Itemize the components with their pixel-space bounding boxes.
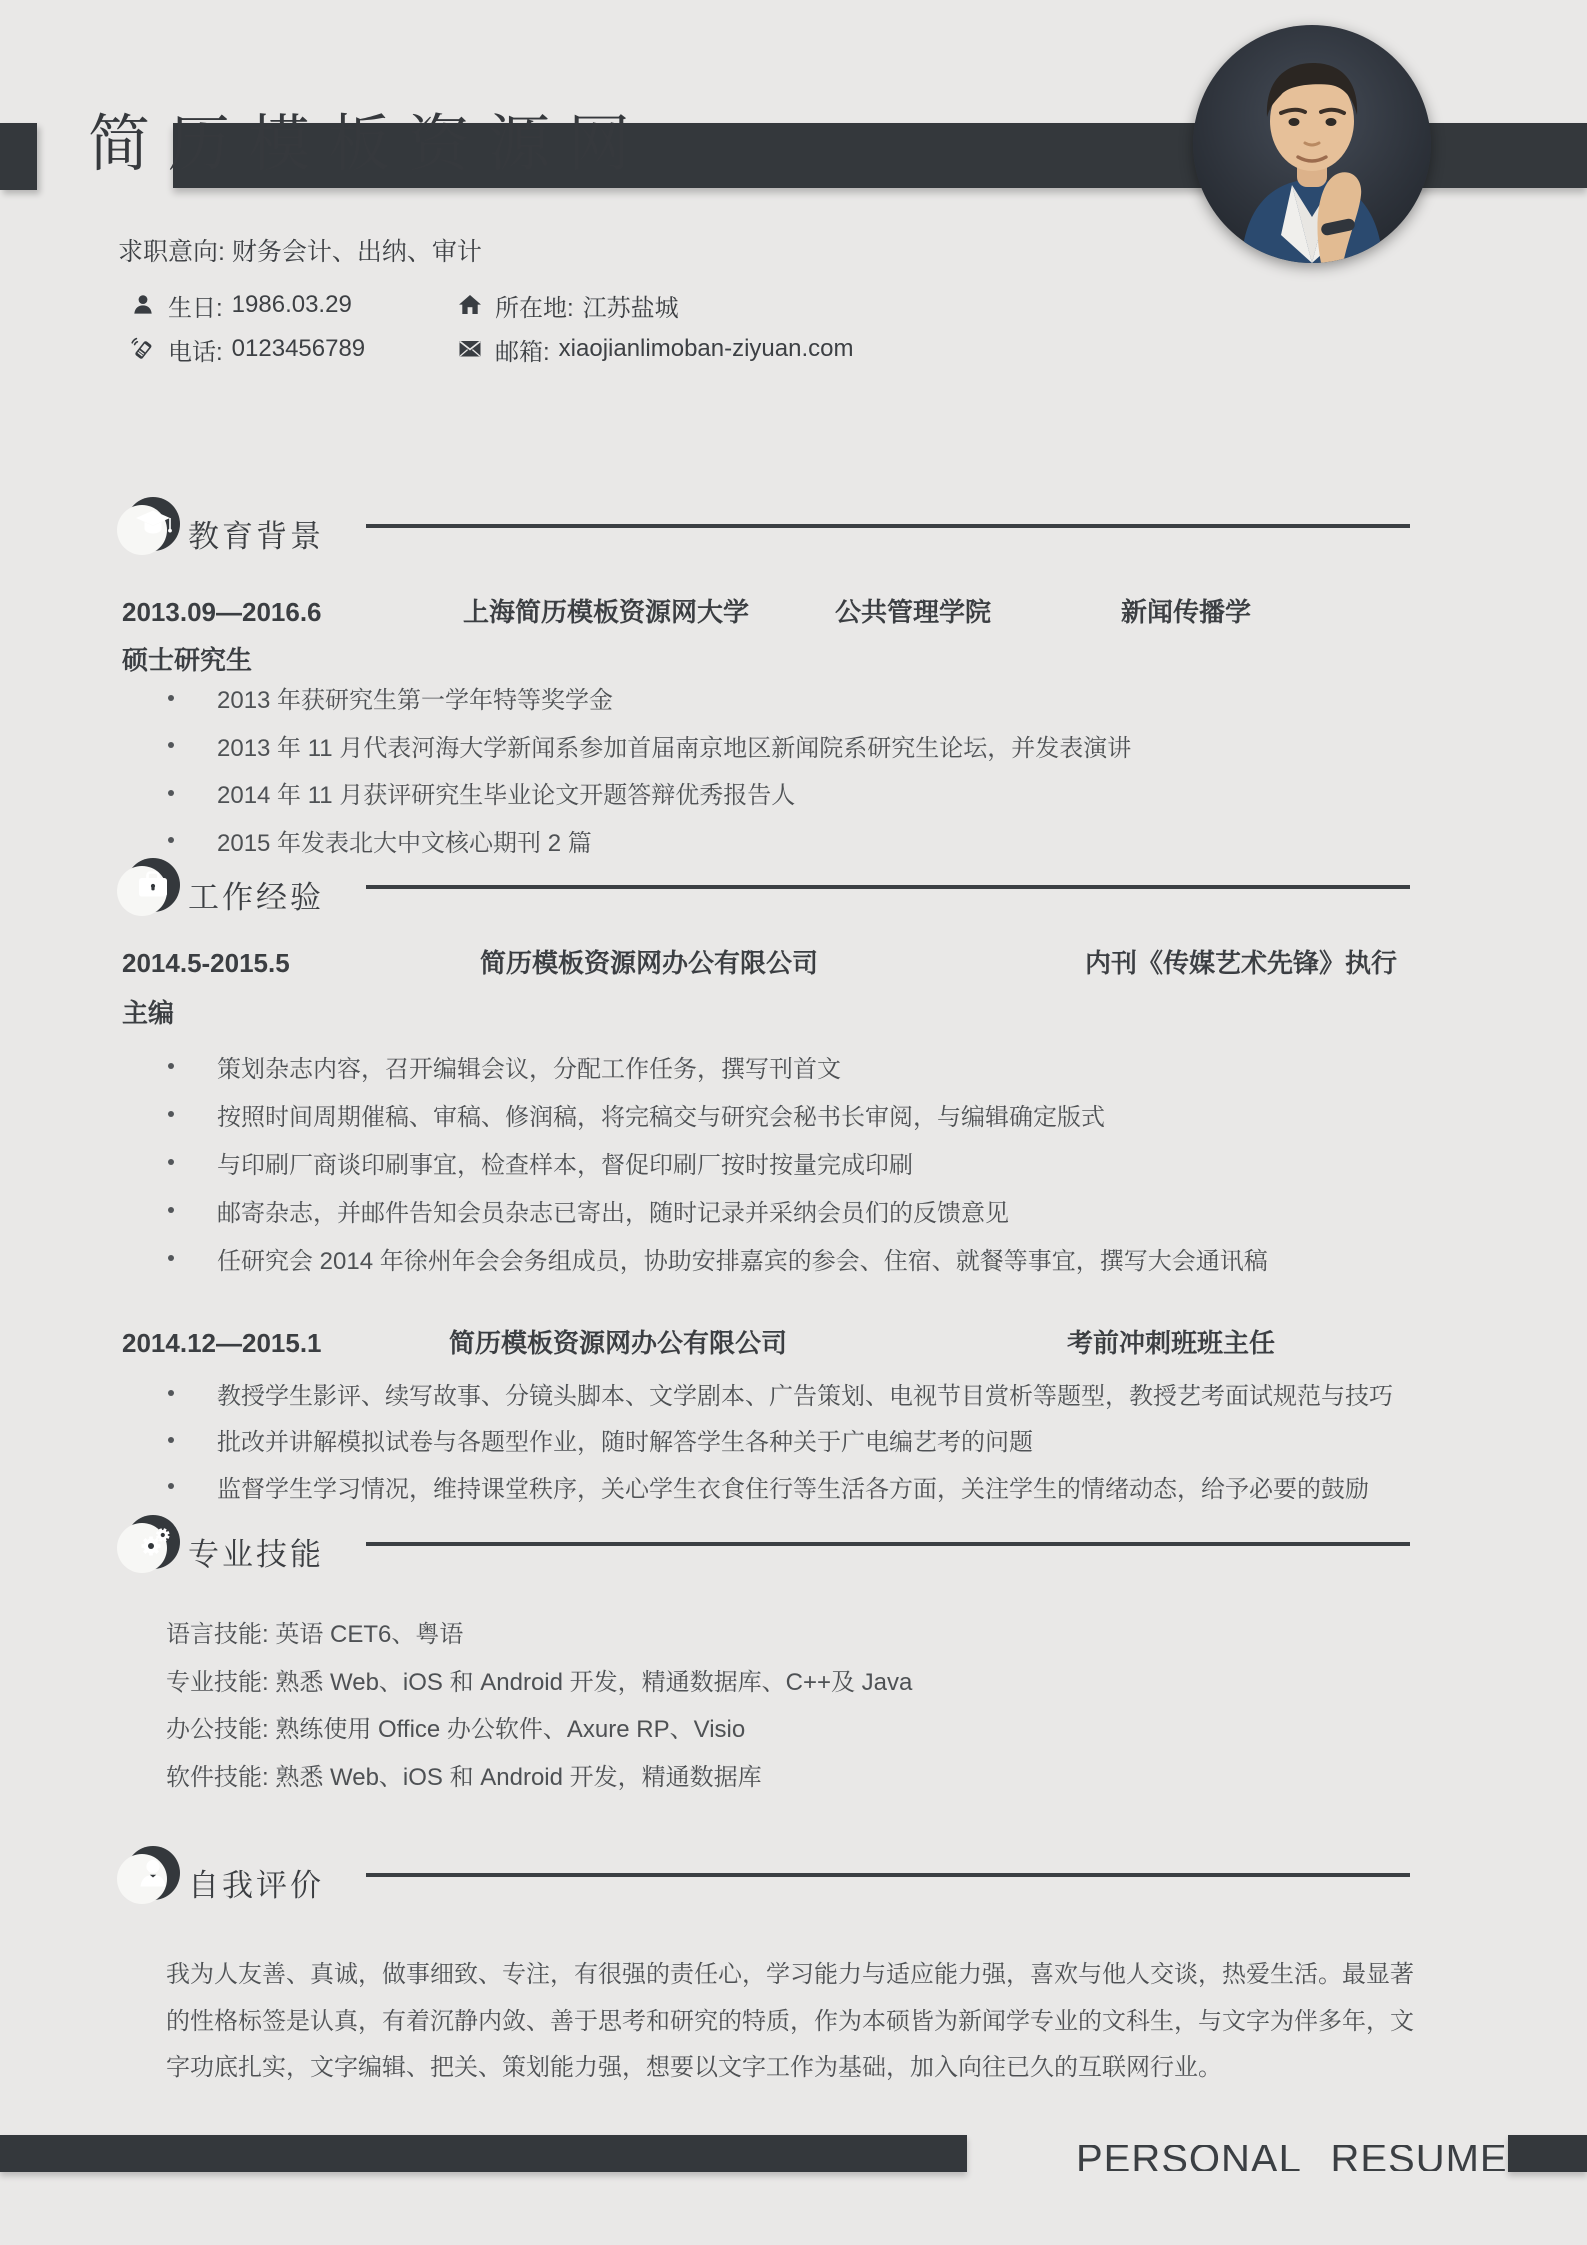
education-date: 2013.09—2016.6 (122, 588, 322, 636)
education-college: 公共管理学院 (835, 588, 991, 636)
briefcase-icon (126, 858, 180, 912)
header-left-accent-block (0, 123, 37, 190)
bullet-item: 2013 年获研究生第一学年特等奖学金 (122, 674, 1131, 722)
bullet-item: 邮寄杂志，并邮件告知会员杂志已寄出，随时记录并采纳会员们的反馈意见 (122, 1186, 1268, 1234)
skill-item: 专业技能: 熟悉 Web、iOS 和 Android 开发，精通数据库、C++及… (166, 1656, 912, 1704)
job-objective: 求职意向: 财务会计、出纳、审计 (118, 232, 482, 268)
contact-email: 邮箱: xiaojianlimoban-ziyuan.com (455, 332, 853, 367)
contact-label: 邮箱: (495, 332, 550, 367)
bullet-item: 监督学生学习情况，维持课堂秩序，关心学生衣食住行等生活各方面，关注学生的情绪动态… (122, 1463, 1393, 1510)
bullet-item: 2013 年 11 月代表河海大学新闻系参加首届南京地区新闻院系研究生论坛，并发… (122, 722, 1131, 770)
section-divider-line (366, 1873, 1410, 1877)
contact-value: 江苏盐城 (583, 288, 679, 323)
section-title: 工作经验 (188, 872, 324, 917)
contact-label: 所在地: (495, 288, 574, 323)
graduation-cap-icon (126, 497, 180, 551)
contact-value: xiaojianlimoban-ziyuan.com (559, 335, 854, 363)
bullet-item: 策划杂志内容，召开编辑会议，分配工作任务，撰写刊首文 (122, 1042, 1268, 1090)
section-divider-line (366, 1542, 1410, 1546)
job-bullet-list: 教授学生影评、续写故事、分镜头脚本、文学剧本、广告策划、电视节目赏析等题型，教授… (122, 1370, 1393, 1510)
skill-item: 办公技能: 熟练使用 Office 办公软件、Axure RP、Visio (166, 1703, 912, 1751)
job-date: 2014.5-2015.5 (122, 938, 290, 988)
section-divider-line (366, 885, 1410, 889)
section-title: 专业技能 (188, 1529, 324, 1574)
section-divider-line (366, 524, 1410, 528)
contact-row: 电话: 0123456789 邮箱: xiaojianlimoban-ziyua… (128, 327, 853, 371)
skills-list: 语言技能: 英语 CET6、粤语 专业技能: 熟悉 Web、iOS 和 Andr… (166, 1608, 912, 1798)
bullet-item: 按照时间周期催稿、审稿、修润稿，将完稿交与研究会秘书长审阅，与编辑确定版式 (122, 1090, 1268, 1138)
contact-label: 电话: (168, 332, 223, 367)
skill-item: 软件技能: 熟悉 Web、iOS 和 Android 开发，精通数据库 (166, 1751, 912, 1799)
job-bullet-list: 策划杂志内容，召开编辑会议，分配工作任务，撰写刊首文 按照时间周期催稿、审稿、修… (122, 1042, 1268, 1282)
section-title: 自我评价 (188, 1860, 324, 1905)
contact-value: 0123456789 (232, 335, 365, 363)
section-title: 教育背景 (188, 511, 324, 556)
job-objective-label: 求职意向: (118, 238, 225, 266)
contact-location: 所在地: 江苏盐城 (455, 288, 679, 323)
contact-info: 生日: 1986.03.29 所在地: 江苏盐城 (128, 283, 853, 371)
job-row: 2014.5-2015.5 简历模板资源网办公有限公司 内刊《传媒艺术先锋》执行… (122, 938, 1402, 1038)
job-date: 2014.12—2015.1 (122, 1318, 322, 1368)
contact-phone: 电话: 0123456789 (128, 332, 455, 367)
job-company: 简历模板资源网办公有限公司 (480, 938, 818, 988)
contact-birthday: 生日: 1986.03.29 (128, 288, 455, 323)
bullet-item: 2014 年 11 月获评研究生毕业论文开题答辩优秀报告人 (122, 769, 1131, 817)
bullet-item: 批改并讲解模拟试卷与各题型作业，随时解答学生各种关于广电编艺考的问题 (122, 1417, 1393, 1464)
education-bullet-list: 2013 年获研究生第一学年特等奖学金 2013 年 11 月代表河海大学新闻系… (122, 674, 1131, 864)
bullet-item: 任研究会 2014 年徐州年会会务组成员，协助安排嘉宾的参会、住宿、就餐等事宜，… (122, 1234, 1268, 1282)
footer-left-bar (0, 2135, 967, 2172)
phone-icon (128, 336, 158, 362)
job-row: 2014.12—2015.1 简历模板资源网办公有限公司 考前冲刺班班主任 (122, 1318, 1422, 1368)
contact-label: 生日: (168, 288, 223, 323)
person-bust-icon (126, 1846, 180, 1900)
resume-page: 简历模板资源网 (0, 0, 1587, 2245)
gears-icon (126, 1515, 180, 1569)
person-icon (128, 292, 158, 318)
section-skills-header: 专业技能 (126, 1515, 1466, 1571)
section-work-header: 工作经验 (126, 858, 1466, 914)
job-company: 简历模板资源网办公有限公司 (449, 1318, 787, 1368)
education-row: 2013.09—2016.6 上海简历模板资源网大学 公共管理学院 新闻传播学 … (122, 588, 1422, 684)
section-education-header: 教育背景 (126, 497, 1466, 553)
self-evaluation-text: 我为人友善、真诚，做事细致、专注，有很强的责任心，学习能力与适应能力强，喜欢与他… (166, 1952, 1416, 2092)
contact-value: 1986.03.29 (232, 291, 352, 319)
footer-text: PERSONAL RESUME (1076, 2145, 1506, 2171)
education-major: 新闻传播学 (1121, 588, 1251, 636)
job-objective-value: 财务会计、出纳、审计 (232, 238, 482, 266)
section-evaluation-header: 自我评价 (126, 1846, 1466, 1902)
bullet-item: 教授学生影评、续写故事、分镜头脚本、文学剧本、广告策划、电视节目赏析等题型，教授… (122, 1370, 1393, 1417)
bullet-item: 与印刷厂商谈印刷事宜，检查样本，督促印刷厂按时按量完成印刷 (122, 1138, 1268, 1186)
skill-item: 语言技能: 英语 CET6、粤语 (166, 1608, 912, 1656)
footer-right-bar (1508, 2135, 1587, 2172)
avatar-illustration (1193, 25, 1431, 263)
contact-row: 生日: 1986.03.29 所在地: 江苏盐城 (128, 283, 853, 327)
mail-icon (455, 336, 485, 362)
education-school: 上海简历模板资源网大学 (463, 588, 749, 636)
avatar (1193, 25, 1431, 263)
page-title: 简历模板资源网 (88, 112, 648, 178)
job-role: 考前冲刺班班主任 (1067, 1318, 1275, 1368)
bullet-item: 2015 年发表北大中文核心期刊 2 篇 (122, 817, 1131, 865)
home-icon (455, 292, 485, 318)
